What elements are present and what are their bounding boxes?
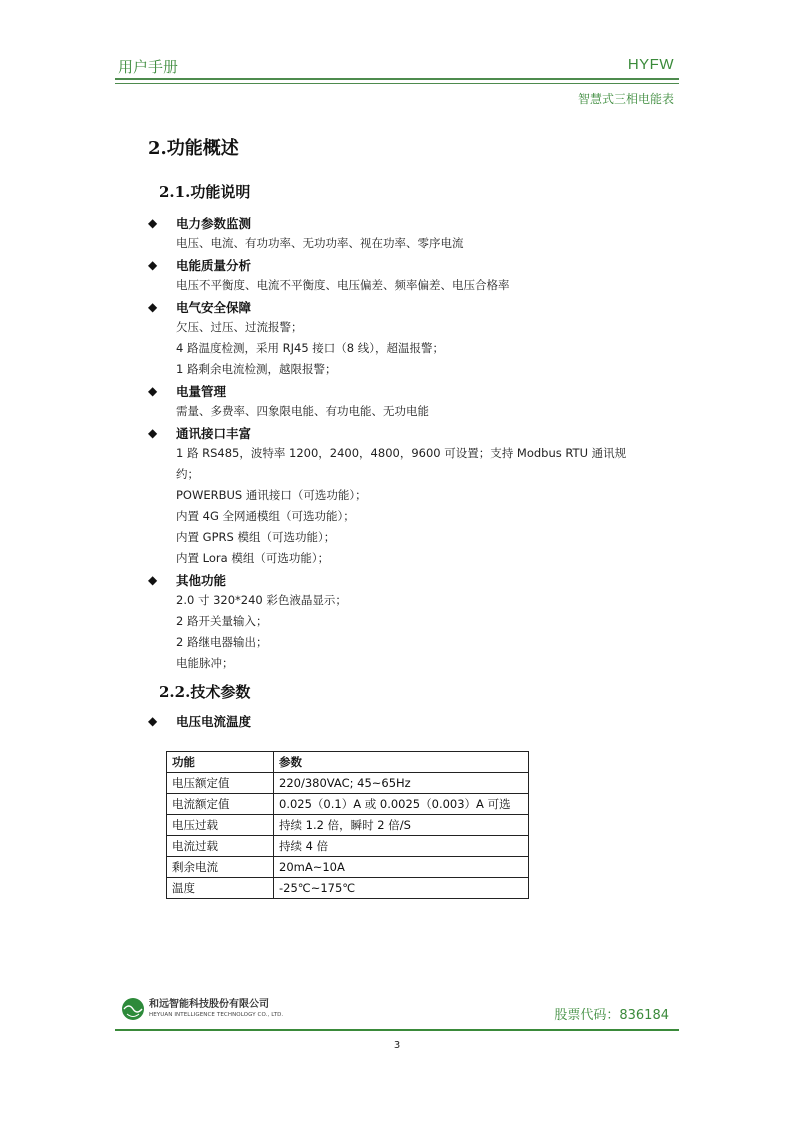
table-row: 剩余电流 20mA~10A: [167, 857, 529, 878]
feature-line: 1 路 RS485，波特率 1200，2400，4800，9600 可设置；支持…: [148, 443, 678, 464]
feature-line: 需量、多费率、四象限电能、有功电能、无功电能: [148, 401, 678, 422]
company-logo: 和远智能科技股份有限公司 HEYUAN INTELLIGENCE TECHNOL…: [122, 998, 283, 1020]
feature-line: 2 路继电器输出；: [148, 632, 678, 653]
table-cell-parameter: 220/380VAC; 45~65Hz: [274, 773, 529, 794]
table-row: 电流过载 持续 4 倍: [167, 836, 529, 857]
section-title: 2.功能概述: [148, 134, 239, 160]
header-divider-thin: [115, 83, 679, 84]
feature-line: 内置 4G 全网通模组（可选功能）；: [148, 506, 678, 527]
feature-item: ◆ 其他功能: [148, 569, 678, 590]
feature-title: 通讯接口丰富: [176, 424, 251, 442]
table-row: 电流额定值 0.025（0.1）A 或 0.0025（0.003）A 可选: [167, 794, 529, 815]
feature-line: 2 路开关量输入；: [148, 611, 678, 632]
diamond-bullet-icon: ◆: [148, 384, 176, 398]
table-row: 电压额定值 220/380VAC; 45~65Hz: [167, 773, 529, 794]
subsection-title-functions: 2.1.功能说明: [159, 181, 250, 202]
company-name-en: HEYUAN INTELLIGENCE TECHNOLOGY CO., LTD.: [149, 1011, 283, 1019]
table-cell-parameter: 持续 1.2 倍，瞬时 2 倍/S: [274, 815, 529, 836]
feature-line: 内置 Lora 模组（可选功能）；: [148, 548, 678, 569]
feature-line: 欠压、过压、过流报警；: [148, 317, 678, 338]
feature-item: ◆ 电能质量分析: [148, 254, 678, 275]
column-header-function: 功能: [167, 752, 274, 773]
header-product-name: 智慧式三相电能表: [578, 90, 674, 107]
subsection-title-specs: 2.2.技术参数: [159, 681, 250, 702]
table-cell-parameter: 20mA~10A: [274, 857, 529, 878]
table-cell-function: 剩余电流: [167, 857, 274, 878]
header-divider-thick: [115, 78, 679, 80]
table-cell-function: 电压额定值: [167, 773, 274, 794]
feature-item: ◆ 通讯接口丰富: [148, 422, 678, 443]
feature-line: 2.0 寸 320*240 彩色液晶显示；: [148, 590, 678, 611]
feature-line: 电压、电流、有功功率、无功功率、视在功率、零序电流: [148, 233, 678, 254]
diamond-bullet-icon: ◆: [148, 216, 176, 230]
header-brand: HYFW: [628, 56, 674, 73]
table-cell-function: 电流过载: [167, 836, 274, 857]
feature-line: 1 路剩余电流检测，越限报警；: [148, 359, 678, 380]
diamond-bullet-icon: ◆: [148, 300, 176, 314]
spec-table: 功能 参数 电压额定值 220/380VAC; 45~65Hz 电流额定值 0.…: [166, 751, 529, 899]
header-manual-title: 用户手册: [118, 56, 178, 77]
diamond-bullet-icon: ◆: [148, 258, 176, 272]
feature-title: 电能质量分析: [176, 256, 251, 274]
feature-title: 电气安全保障: [176, 298, 251, 316]
diamond-bullet-icon: ◆: [148, 426, 176, 440]
page-number: 3: [0, 1040, 794, 1051]
diamond-bullet-icon: ◆: [148, 714, 176, 728]
feature-line: 电能脉冲；: [148, 653, 678, 674]
table-header-row: 功能 参数: [167, 752, 529, 773]
table-cell-function: 电压过载: [167, 815, 274, 836]
heyuan-logo-icon: [122, 998, 144, 1020]
diamond-bullet-icon: ◆: [148, 573, 176, 587]
table-cell-parameter: -25℃~175℃: [274, 878, 529, 899]
feature-line: 4 路温度检测，采用 RJ45 接口（8 线），超温报警；: [148, 338, 678, 359]
spec-group-heading: ◆ 电压电流温度: [148, 710, 251, 731]
table-cell-parameter: 0.025（0.1）A 或 0.0025（0.003）A 可选: [274, 794, 529, 815]
footer-divider: [115, 1029, 679, 1031]
feature-line: 内置 GPRS 模组（可选功能）；: [148, 527, 678, 548]
table-cell-function: 电流额定值: [167, 794, 274, 815]
spec-group-title: 电压电流温度: [176, 712, 251, 730]
feature-line: POWERBUS 通讯接口（可选功能）；: [148, 485, 678, 506]
table-cell-function: 温度: [167, 878, 274, 899]
table-row: 温度 -25℃~175℃: [167, 878, 529, 899]
feature-title: 电力参数监测: [176, 214, 251, 232]
stock-code: 股票代码：836184: [554, 1004, 669, 1023]
feature-list: ◆ 电力参数监测 电压、电流、有功功率、无功功率、视在功率、零序电流 ◆ 电能质…: [148, 212, 678, 674]
company-name-cn: 和远智能科技股份有限公司: [149, 999, 283, 1011]
table-row: 电压过载 持续 1.2 倍，瞬时 2 倍/S: [167, 815, 529, 836]
feature-title: 电量管理: [176, 382, 226, 400]
feature-line: 约；: [148, 464, 678, 485]
feature-item: ◆ 电量管理: [148, 380, 678, 401]
feature-item: ◆ 电力参数监测: [148, 212, 678, 233]
feature-title: 其他功能: [176, 571, 226, 589]
feature-line: 电压不平衡度、电流不平衡度、电压偏差、频率偏差、电压合格率: [148, 275, 678, 296]
table-cell-parameter: 持续 4 倍: [274, 836, 529, 857]
feature-item: ◆ 电气安全保障: [148, 296, 678, 317]
column-header-parameter: 参数: [274, 752, 529, 773]
